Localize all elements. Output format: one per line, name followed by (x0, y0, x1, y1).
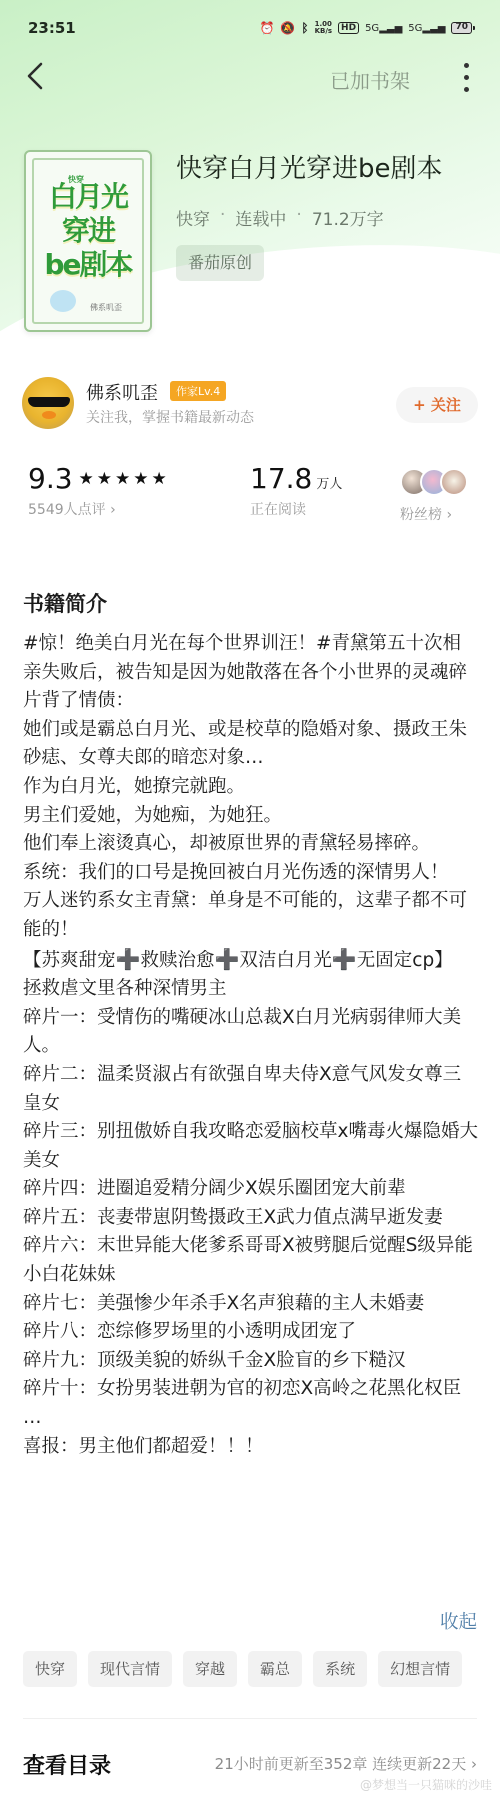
synopsis-text: #惊！绝美白月光在每个世界训汪！#青黛第五十次相亲失败后，被告知是因为她散落在各… (23, 630, 479, 1461)
watermark: @梦想当一只猫咪的沙哇 (360, 1776, 492, 1793)
synopsis-tropes-line: 【苏爽甜宠➕救赎治愈➕双洁白月光➕无固定cp】 (23, 945, 479, 976)
source-badge: 番茄原创 (176, 245, 264, 281)
net-speed: 1.00 KB/s (315, 21, 332, 35)
synopsis-line: 男主们爱她，为她痴，为她狂。 (23, 802, 479, 831)
fan-avatars (400, 468, 468, 496)
synopsis-title: 书籍简介 (23, 588, 107, 618)
signal-5g-icon: 5G▂▃▅ (365, 23, 402, 34)
plus-icon: ➕ (214, 945, 239, 974)
synopsis-line: 碎片六：末世异能大佬爹系哥哥X被劈腿后觉醒S级异能小白花妹妹 (23, 1232, 479, 1289)
fans-rank-link[interactable]: 粉丝榜 › (400, 504, 468, 524)
tag-list: 快穿 现代言情 穿越 霸总 系统 幻想言情 (23, 1651, 462, 1687)
follow-button[interactable]: + 关注 (396, 387, 478, 423)
synopsis-line: 拯救虐文里各种深情男主 (23, 975, 479, 1004)
status-icons: ⏰ 🔕 ᛒ 1.00 KB/s HD 5G▂▃▅ 5G▂▃▅ 70 (259, 21, 472, 35)
readers-stat: 17.8万人 正在阅读 (250, 462, 342, 519)
review-count-link[interactable]: 5549人点评 › (28, 499, 170, 519)
stats-row: 9.3★★★★★ 5549人点评 › 17.8万人 正在阅读 粉丝榜 › (28, 462, 472, 532)
fans-rank-stat[interactable]: 粉丝榜 › (400, 468, 468, 524)
meta-separator: · (296, 205, 301, 230)
synopsis-line: 碎片五：丧妻带崽阴鸷摄政王X武力值点满早逝发妻 (23, 1204, 479, 1233)
synopsis-line: 碎片九：顶级美貌的娇纵千金X脸盲的乡下糙汉 (23, 1347, 479, 1376)
synopsis-line: 喜报：男主他们都超爱！！！ (23, 1433, 479, 1462)
author-name[interactable]: 佛系叽歪 (86, 379, 158, 405)
book-meta: 快穿 · 连载中 · 71.2万字 (176, 205, 384, 230)
sunglasses-icon (28, 397, 70, 407)
more-button[interactable] (456, 59, 476, 95)
book-title: 快穿白月光穿进be剧本 (176, 148, 443, 185)
synopsis-line: 他们奉上滚烫真心，却被原世界的青黛轻易摔碎。 (23, 830, 479, 859)
tag-chip[interactable]: 霸总 (248, 1651, 302, 1687)
rating-value: 9.3 (28, 462, 73, 495)
synopsis-line: … (23, 1404, 479, 1433)
synopsis-line: 碎片四：进圈追爱精分阔少X娱乐圈团宠大前辈 (23, 1175, 479, 1204)
hd-voice-icon: HD (338, 22, 359, 34)
mute-icon: 🔕 (280, 21, 295, 35)
synopsis-line: 碎片十：女扮男装进朝为官的初恋X高岭之花黑化权臣 (23, 1375, 479, 1404)
tag-chip[interactable]: 穿越 (183, 1651, 237, 1687)
synopsis-line: 碎片一：受情伤的嘴硬冰山总裁X白月光病弱律师大美人。 (23, 1004, 479, 1061)
plus-icon: ➕ (116, 945, 141, 974)
book-word-count: 71.2万字 (312, 205, 384, 230)
synopsis-line: 万人迷钓系女主青黛：单身是不可能的，这辈子都不可能的！ (23, 887, 479, 944)
added-to-shelf-button[interactable]: 已加书架 (330, 65, 410, 94)
readers-label: 正在阅读 (250, 499, 342, 519)
status-bar: 23:51 ⏰ 🔕 ᛒ 1.00 KB/s HD 5G▂▃▅ 5G▂▃▅ 70 (28, 16, 472, 40)
author-level-badge: 作家Lv.4 (170, 381, 226, 401)
synopsis-line: 她们或是霸总白月光、或是校草的隐婚对象、摄政王朱砂痣、女尊夫郎的暗恋对象… (23, 716, 479, 773)
tag-chip[interactable]: 幻想言情 (378, 1651, 462, 1687)
synopsis-line: 碎片八：恋综修罗场里的小透明成团宠了 (23, 1318, 479, 1347)
synopsis-line: 碎片二：温柔贤淑占有欲强自卑夫侍X意气风发女尊三皇女 (23, 1061, 479, 1118)
author-avatar[interactable] (22, 377, 74, 429)
readers-value: 17.8 (250, 462, 312, 495)
cover-character-illustration (50, 290, 76, 312)
author-subtitle: 关注我，掌握书籍最新动态 (86, 407, 254, 427)
author-row[interactable]: 佛系叽歪 作家Lv.4 关注我，掌握书籍最新动态 + 关注 (22, 377, 478, 433)
cover-title: 白月光 穿进 be剧本 (36, 180, 140, 282)
synopsis-line: 作为白月光，她撩完就跑。 (23, 773, 479, 802)
bluetooth-icon: ᛒ (301, 21, 308, 35)
nav-bar: 已加书架 (0, 55, 500, 99)
book-cover[interactable]: 快穿 白月光 穿进 be剧本 佛系叽歪 (24, 150, 152, 332)
synopsis-line: 碎片三：别扭傲娇自我攻略恋爱脑校草x嘴毒火爆隐婚大美女 (23, 1118, 479, 1175)
readers-unit: 万人 (316, 477, 342, 492)
toc-update-info: 21小时前更新至352章 连续更新22天 › (215, 1753, 477, 1774)
more-vertical-icon (464, 63, 469, 68)
rating-stat[interactable]: 9.3★★★★★ 5549人点评 › (28, 462, 170, 519)
book-genre: 快穿 (176, 205, 210, 230)
back-button[interactable] (24, 61, 54, 91)
tag-chip[interactable]: 快穿 (23, 1651, 77, 1687)
status-time: 23:51 (28, 19, 76, 37)
tag-chip[interactable]: 系统 (313, 1651, 367, 1687)
alarm-icon: ⏰ (259, 21, 274, 35)
toc-title: 查看目录 (23, 1749, 111, 1780)
book-status: 连载中 (235, 205, 286, 230)
synopsis-line: #惊！绝美白月光在每个世界训汪！#青黛第五十次相亲失败后，被告知是因为她散落在各… (23, 630, 479, 716)
synopsis-line: 系统：我们的口号是挽回被白月光伤透的深情男人！ (23, 859, 479, 888)
chevron-left-icon (24, 61, 46, 91)
synopsis-line: 碎片七：美强惨少年杀手X名声狼藉的主人未婚妻 (23, 1290, 479, 1319)
tag-chip[interactable]: 现代言情 (88, 1651, 172, 1687)
divider (23, 1718, 477, 1719)
battery-icon: 70 (451, 22, 472, 34)
star-rating-icon: ★★★★★ (79, 469, 170, 489)
meta-separator: · (220, 205, 225, 230)
cover-author: 佛系叽歪 (90, 302, 122, 313)
collapse-synopsis-link[interactable]: 收起 (440, 1608, 477, 1634)
signal-5g-icon: 5G▂▃▅ (408, 23, 445, 34)
fan-avatar (440, 468, 468, 496)
plus-icon: ➕ (332, 945, 357, 974)
